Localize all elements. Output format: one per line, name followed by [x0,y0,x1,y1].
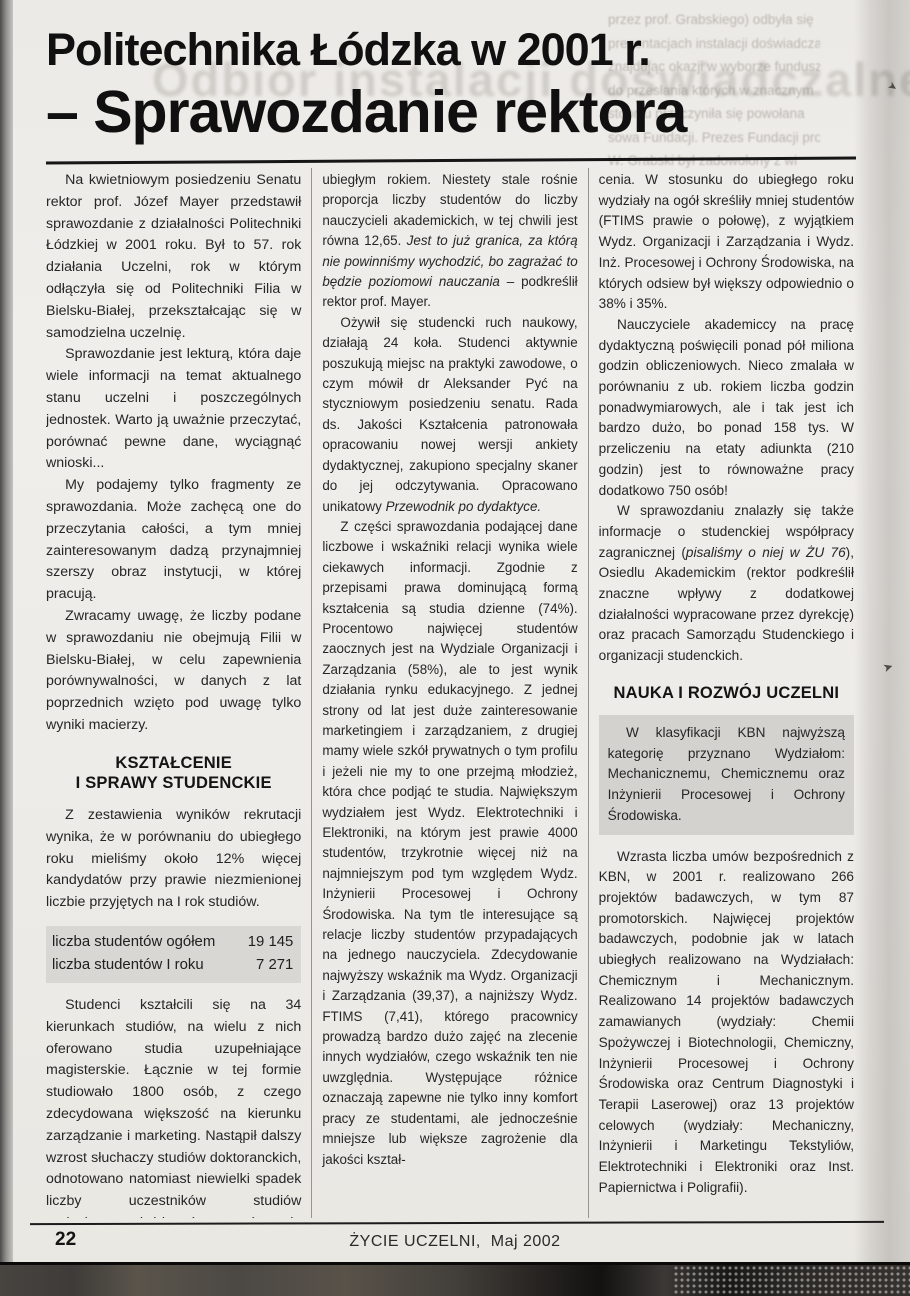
footer-divider [30,1221,884,1225]
stat-row: liczba studentów ogółem19 145 [52,931,293,954]
paragraph: Z części sprawozdania podającej dane lic… [322,517,577,1170]
stat-label: liczba studentów I roku [52,954,204,977]
scanned-magazine-page: Odbiór instalacji doświadczalnej przez p… [0,0,910,1296]
stat-label: liczba studentów ogółem [52,931,215,954]
paragraph: W sprawozdaniu znalazły się także inform… [599,501,854,667]
paragraph: Sprawozdanie jest lekturą, która daje wi… [46,344,301,475]
paragraph: Ożywił się studencki ruch naukowy, dział… [322,313,577,517]
paragraph: ubiegłym rokiem. Niestety stale rośnie p… [322,170,577,313]
journal-title: ŻYCIE UCZELNI, Maj 2002 [0,1233,910,1251]
paragraph: Zwracamy uwagę, że liczby podane w spraw… [46,606,301,737]
highlight-box: W klasyfikacji KBN najwyższą kategorię p… [599,715,854,835]
paragraph: cenia. W stosunku do ubiegłego roku wydz… [599,170,854,315]
article-title-line2: – Sprawozdanie rektora [46,78,856,146]
student-stats-table: liczba studentów ogółem19 145liczba stud… [46,926,301,983]
scan-left-edge [0,0,13,1296]
stat-value: 19 145 [248,931,294,954]
article-header: Politechnika Łódzka w 2001 r. – Sprawozd… [46,24,856,162]
stat-row: liczba studentów I roku7 271 [52,954,293,977]
paragraph: Studenci kształcili się na 34 kierunkach… [46,995,301,1218]
paragraph: Wzrasta liczba umów bezpośrednich z KBN,… [599,847,854,1199]
paragraph: Na kwietniowym posiedzeniu Senatu rektor… [46,170,301,344]
column-1: Na kwietniowym posiedzeniu Senatu rektor… [46,168,311,1218]
section-heading: NAUKA I ROZWÓJ UCZELNI [599,683,854,703]
halftone-pattern [673,1265,910,1296]
paragraph: Z zestawienia wyników rekrutacji wynika,… [46,805,301,914]
stat-value: 7 271 [256,954,293,977]
paragraph: Nauczyciele akademiccy na pracę dydaktyc… [599,315,854,501]
article-title-line1: Politechnika Łódzka w 2001 r. [46,24,856,76]
section-heading: KSZTAŁCENIEI SPRAWY STUDENCKIE [46,753,301,793]
paragraph: My podajemy tylko fragmenty ze sprawozda… [46,475,301,606]
next-page-photo-strip [0,1262,910,1296]
column-2: ubiegłym rokiem. Niestety stale rośnie p… [311,168,588,1218]
article-body: Na kwietniowym posiedzeniu Senatu rektor… [46,168,858,1218]
paragraph: W klasyfikacji KBN najwyższą kategorię p… [608,723,845,827]
scan-right-gutter [854,0,910,1262]
column-3: cenia. W stosunku do ubiegłego roku wydz… [589,168,858,1218]
